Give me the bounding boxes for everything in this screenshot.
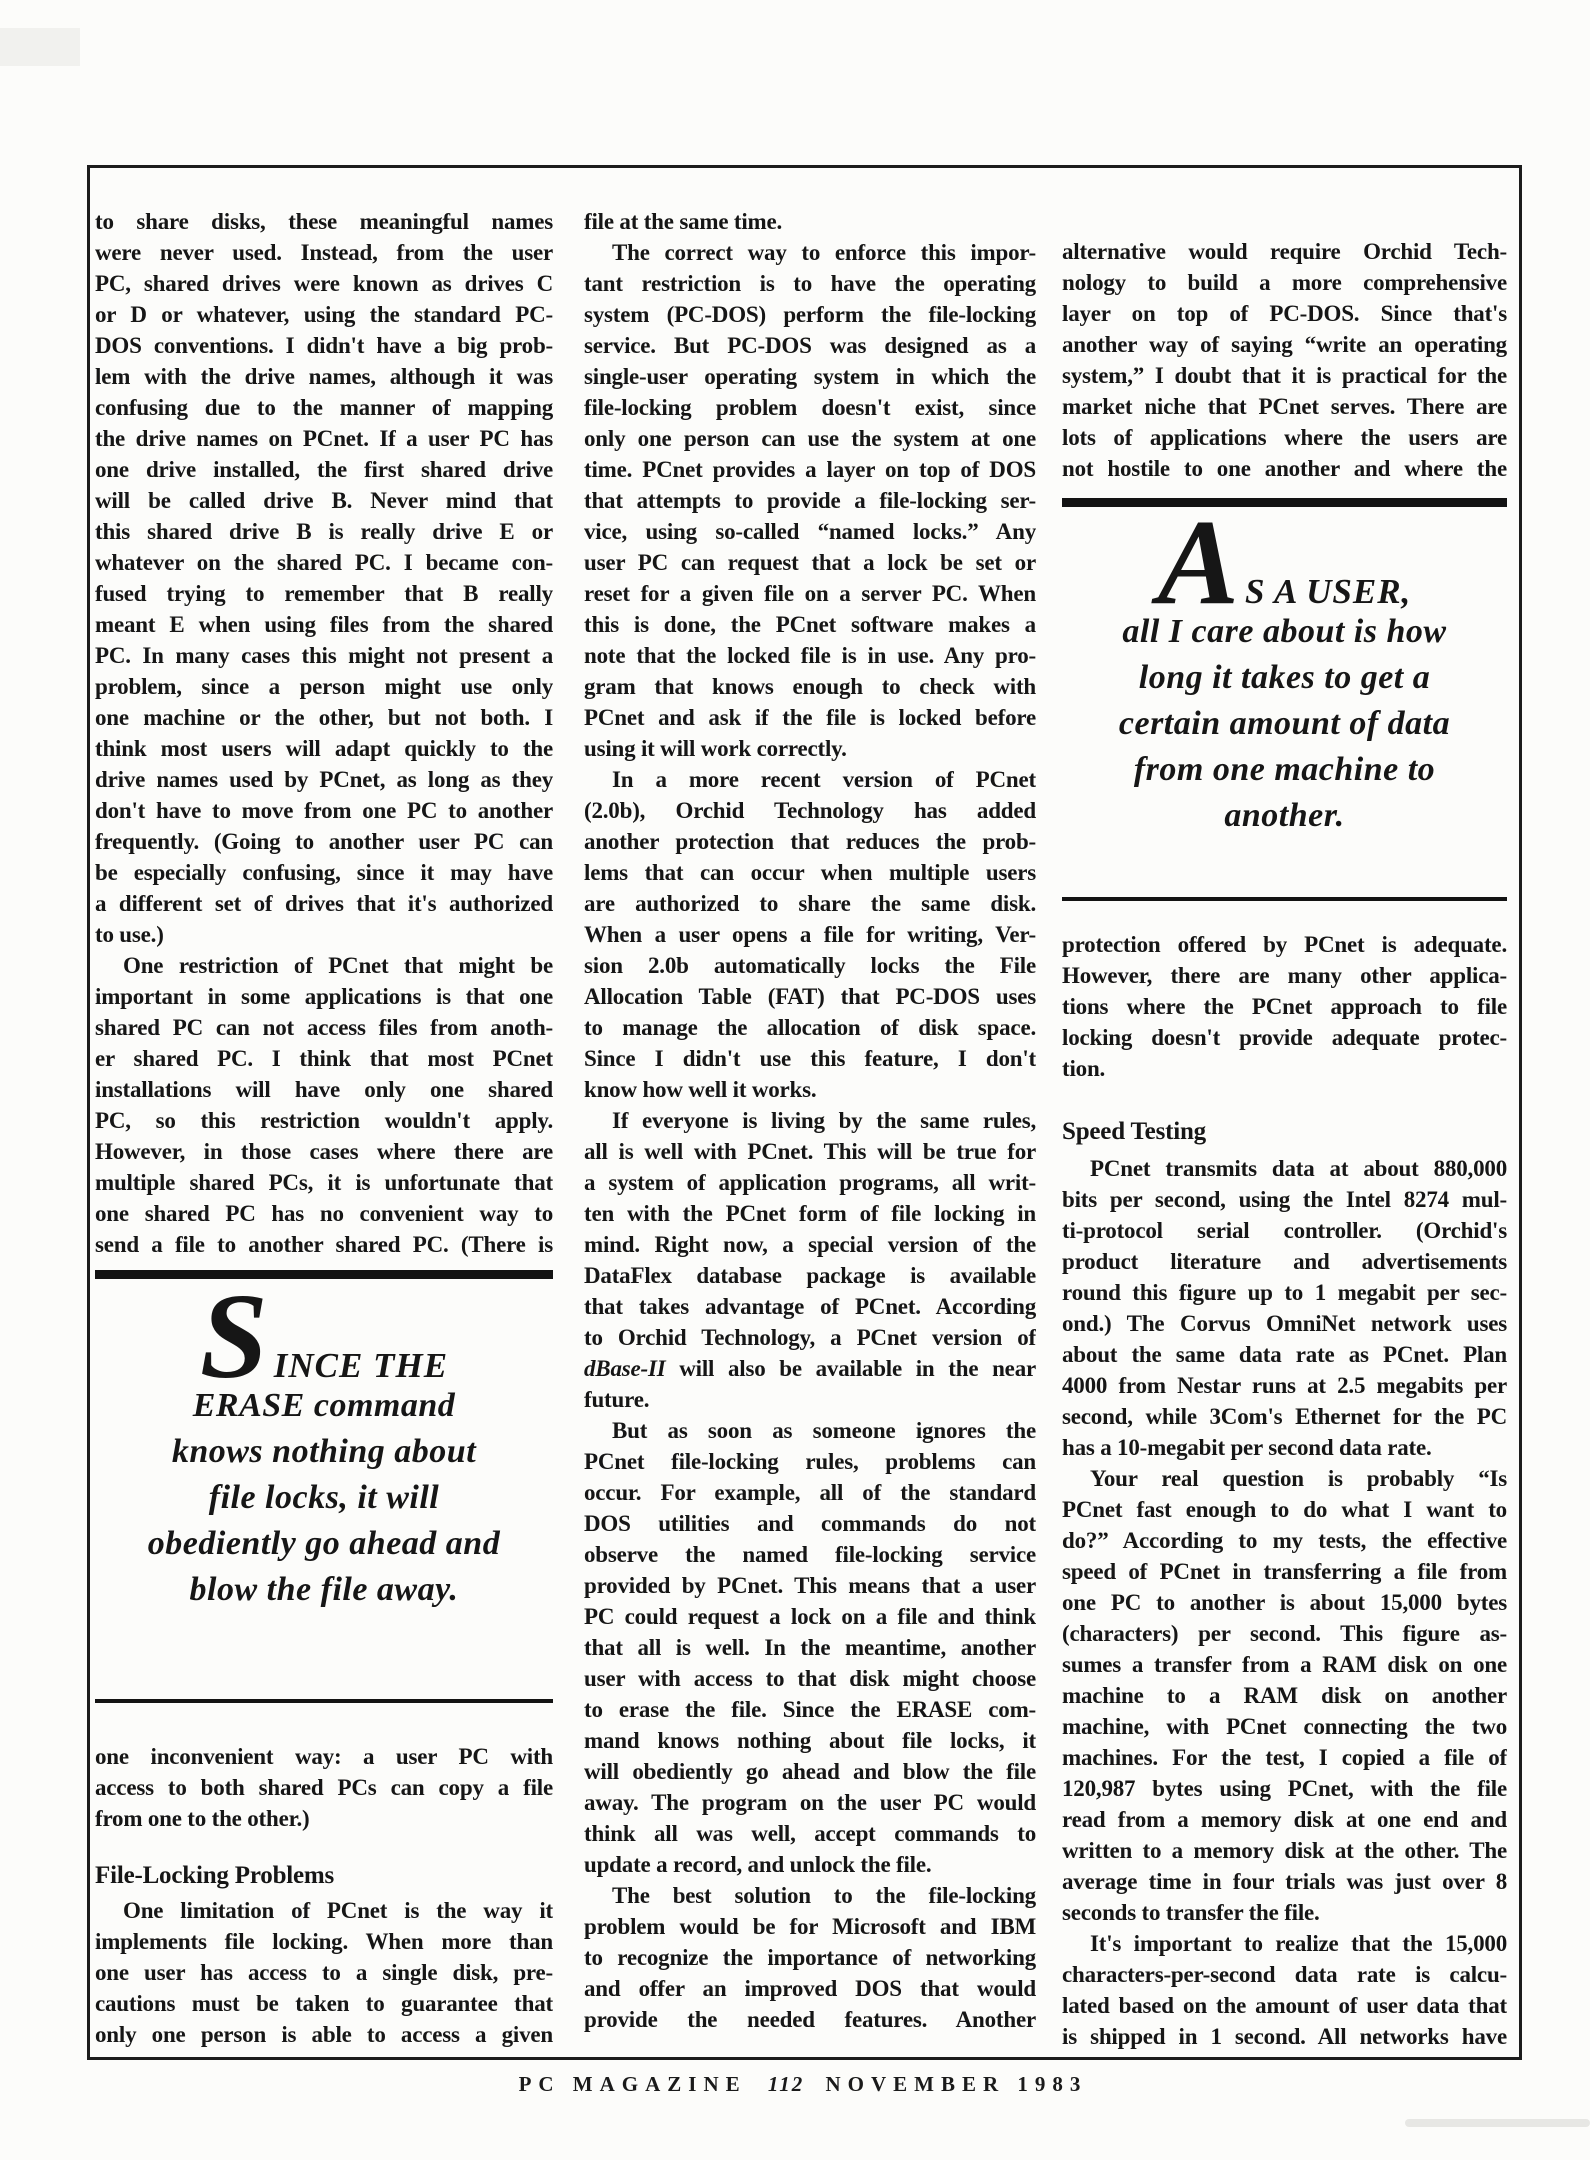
text-line: send a file to another shared PC. (There…	[95, 1229, 553, 1260]
text-line: vice, using so-called “named locks.” Any	[584, 516, 1036, 547]
text-line: know how well it works.	[584, 1074, 1036, 1105]
text-line: Your real question is probably “Is	[1062, 1463, 1507, 1494]
text-line: If everyone is living by the same rules,	[584, 1105, 1036, 1136]
paragraph: one inconvenient way: a user PC withacce…	[95, 1741, 553, 1834]
text-line: However, there are many other applica-	[1062, 960, 1507, 991]
text-line: to erase the file. Since the ERASE com-	[584, 1694, 1036, 1725]
text-line: PCnet file-locking rules, problems can	[584, 1446, 1036, 1477]
text-line: written to a memory disk at the other. T…	[1062, 1835, 1507, 1866]
text-line: tions where the PCnet approach to file	[1062, 991, 1507, 1022]
text-line: multiple shared PCs, it is unfortunate t…	[95, 1167, 553, 1198]
text-line: that attempts to provide a file-locking …	[584, 485, 1036, 516]
text-line: second, while 3Com's Ethernet for the PC	[1062, 1401, 1507, 1432]
text-line: tant restriction is to have the operatin…	[584, 268, 1036, 299]
text-line: will be called drive B. Never mind that	[95, 485, 553, 516]
section-heading: File-Locking Problems	[95, 1860, 553, 1891]
drop-cap: S	[200, 1293, 268, 1381]
text-line: round this figure up to 1 megabit per se…	[1062, 1277, 1507, 1308]
text-line: do?” According to my tests, the effectiv…	[1062, 1525, 1507, 1556]
text-line: read from a memory disk at one end and	[1062, 1804, 1507, 1835]
text-line: DOS conventions. I didn't have a big pro…	[95, 330, 553, 361]
text-line: frequently. (Going to another user PC ca…	[95, 826, 553, 857]
text-line: PCnet and ask if the file is locked befo…	[584, 702, 1036, 733]
paragraph: The correct way to enforce this impor-ta…	[584, 237, 1036, 764]
pull-quote-line: obediently go ahead and	[95, 1521, 553, 1567]
text-line: PC. In many cases this might not present…	[95, 640, 553, 671]
text-line: are authorized to share the same disk.	[584, 888, 1036, 919]
text-line: er shared PC. I think that most PCnet	[95, 1043, 553, 1074]
text-line: gram that knows enough to check with	[584, 671, 1036, 702]
text-line: using it will work correctly.	[584, 733, 1036, 764]
text-line: a system of application programs, all wr…	[584, 1167, 1036, 1198]
pull-quote-line: all I care about is how	[1062, 609, 1507, 655]
text-line: only one person can use the system at on…	[584, 423, 1036, 454]
separator-rule	[95, 1270, 553, 1279]
text-line: from one to the other.)	[95, 1803, 553, 1834]
text-line: think all was well, accept commands to	[584, 1818, 1036, 1849]
pull-quote-line: blow the file away.	[95, 1567, 553, 1613]
paragraph: file at the same time.	[584, 206, 1036, 237]
text-line: But as soon as someone ignores the	[584, 1415, 1036, 1446]
text-line: drive names used by PCnet, as long as th…	[95, 764, 553, 795]
text-line: characters-per-second data rate is calcu…	[1062, 1959, 1507, 1990]
text-line: (characters) per second. This figure as-	[1062, 1618, 1507, 1649]
text-line: DataFlex database package is available	[584, 1260, 1036, 1291]
text-line: problem would be for Microsoft and IBM	[584, 1911, 1036, 1942]
text-line: 120,987 bytes using PCnet, with the file	[1062, 1773, 1507, 1804]
pull-quote: AS A USER,all I care about is howlong it…	[1062, 519, 1507, 839]
column-left: to share disks, these meaningful nameswe…	[95, 206, 553, 2050]
text-line: all is well with PCnet. This will be tru…	[584, 1136, 1036, 1167]
text-line: think most users will adapt quickly to t…	[95, 733, 553, 764]
text-line: update a record, and unlock the file.	[584, 1849, 1036, 1880]
text-line: system,” I doubt that it is practical fo…	[1062, 360, 1507, 391]
text-line: nology to build a more comprehensive	[1062, 267, 1507, 298]
text-line: However, in those cases where there are	[95, 1136, 553, 1167]
text-line: 4000 from Nestar runs at 2.5 megabits pe…	[1062, 1370, 1507, 1401]
text-line: locking doesn't provide adequate protec-	[1062, 1022, 1507, 1053]
text-line: and offer an improved DOS that would	[584, 1973, 1036, 2004]
footer-issue-date: NOVEMBER 1983	[826, 2072, 1088, 2096]
text-line: machine to a RAM disk on another	[1062, 1680, 1507, 1711]
paragraph: The best solution to the file-lockingpro…	[584, 1880, 1036, 2035]
text-line: layer on top of PC-DOS. Since that's	[1062, 298, 1507, 329]
text-line: mind. Right now, a special version of th…	[584, 1229, 1036, 1260]
text-line: about the same data rate as PCnet. Plan	[1062, 1339, 1507, 1370]
text-line: average time in four trials was just ove…	[1062, 1866, 1507, 1897]
text-line: cautions must be taken to guarantee that	[95, 1988, 553, 2019]
text-line: be especially confusing, since it may ha…	[95, 857, 553, 888]
text-line: PCnet transmits data at about 880,000	[1062, 1153, 1507, 1184]
text-line: provided by PCnet. This means that a use…	[584, 1570, 1036, 1601]
magazine-page-scan: { "colors": { "ink": "#161616", "paper":…	[0, 0, 1590, 2160]
text-line: mand knows nothing about file locks, it	[584, 1725, 1036, 1756]
text-line: shared PC can not access files from anot…	[95, 1012, 553, 1043]
text-line: not hostile to one another and where the	[1062, 453, 1507, 484]
text-line: PC, so this restriction wouldn't apply.	[95, 1105, 553, 1136]
paragraph: If everyone is living by the same rules,…	[584, 1105, 1036, 1415]
paragraph: PCnet transmits data at about 880,000bit…	[1062, 1153, 1507, 1463]
text-line: dBase-II will also be available in the n…	[584, 1353, 1036, 1384]
text-line: In a more recent version of PCnet	[584, 764, 1036, 795]
section-heading: Speed Testing	[1062, 1116, 1507, 1147]
separator-rule	[1062, 897, 1507, 901]
paragraph: alternative would require Orchid Tech-no…	[1062, 236, 1507, 484]
text-line: important in some applications is that o…	[95, 981, 553, 1012]
text-line: away. The program on the user PC would	[584, 1787, 1036, 1818]
text-line: has a 10-megabit per second data rate.	[1062, 1432, 1507, 1463]
text-line: another protection that reduces the prob…	[584, 826, 1036, 857]
paragraph: to share disks, these meaningful nameswe…	[95, 206, 553, 950]
text-line: is shipped in 1 second. All networks hav…	[1062, 2021, 1507, 2052]
text-line: one PC to another is about 15,000 bytes	[1062, 1587, 1507, 1618]
text-line: one drive installed, the first shared dr…	[95, 454, 553, 485]
text-line: PC could request a lock on a file and th…	[584, 1601, 1036, 1632]
footer-page-number: 112	[768, 2072, 804, 2096]
paragraph: In a more recent version of PCnet(2.0b),…	[584, 764, 1036, 1105]
text-line: will obediently go ahead and blow the fi…	[584, 1756, 1036, 1787]
text-line: product literature and advertisements	[1062, 1246, 1507, 1277]
pull-quote-line: certain amount of data	[1062, 701, 1507, 747]
text-line: When a user opens a file for writing, Ve…	[584, 919, 1036, 950]
text-line: system (PC-DOS) perform the file-locking	[584, 299, 1036, 330]
text-line: One restriction of PCnet that might be	[95, 950, 553, 981]
text-line: one user has access to a single disk, pr…	[95, 1957, 553, 1988]
text-line: user PC can request that a lock be set o…	[584, 547, 1036, 578]
text-line: sumes a transfer from a RAM disk on one	[1062, 1649, 1507, 1680]
separator-rule	[95, 1699, 553, 1703]
pull-quote-first-line: AS A USER,	[1062, 519, 1507, 609]
text-line: this shared drive B is really drive E or	[95, 516, 553, 547]
text-line: time. PCnet provides a layer on top of D…	[584, 454, 1036, 485]
pull-quote-first-line: SINCE THE	[95, 1293, 553, 1383]
text-line: to recognize the importance of networkin…	[584, 1942, 1036, 1973]
text-line: It's important to realize that the 15,00…	[1062, 1928, 1507, 1959]
column-middle: file at the same time.The correct way to…	[584, 206, 1036, 2035]
text-line: to Orchid Technology, a PCnet version of	[584, 1322, 1036, 1353]
text-line: PC, shared drives were known as drives C	[95, 268, 553, 299]
text-line: file-locking problem doesn't exist, sinc…	[584, 392, 1036, 423]
text-line: lots of applications where the users are	[1062, 422, 1507, 453]
text-line: implements file locking. When more than	[95, 1926, 553, 1957]
text-line: to manage the allocation of disk space.	[584, 1012, 1036, 1043]
text-line: problem, since a person might use only	[95, 671, 553, 702]
text-line: alternative would require Orchid Tech-	[1062, 236, 1507, 267]
text-line: Allocation Table (FAT) that PC-DOS uses	[584, 981, 1036, 1012]
text-line: installations will have only one shared	[95, 1074, 553, 1105]
scan-artifact-streak	[1405, 2119, 1590, 2127]
text-line: Since I didn't use this feature, I don't	[584, 1043, 1036, 1074]
text-line: lems that can occur when multiple users	[584, 857, 1036, 888]
text-line: observe the named file-locking service	[584, 1539, 1036, 1570]
text-line: confusing due to the manner of mapping	[95, 392, 553, 423]
paragraph: One limitation of PCnet is the way itimp…	[95, 1895, 553, 2050]
pull-quote-text: S A USER,	[1245, 574, 1411, 609]
text-line: The best solution to the file-locking	[584, 1880, 1036, 1911]
text-line: that takes advantage of PCnet. According	[584, 1291, 1036, 1322]
pull-quote-line: long it takes to get a	[1062, 655, 1507, 701]
footer-magazine-name: PC MAGAZINE	[519, 2072, 747, 2096]
separator-rule	[1062, 498, 1507, 507]
text-line: file at the same time.	[584, 206, 1036, 237]
paragraph: But as soon as someone ignores thePCnet …	[584, 1415, 1036, 1880]
text-line: ten with the PCnet form of file locking …	[584, 1198, 1036, 1229]
text-line: only one person is able to access a give…	[95, 2019, 553, 2050]
paragraph: It's important to realize that the 15,00…	[1062, 1928, 1507, 2052]
text-line: DOS utilities and commands do not	[584, 1508, 1036, 1539]
text-line: another way of saying “write an operatin…	[1062, 329, 1507, 360]
text-line: note that the locked file is in use. Any…	[584, 640, 1036, 671]
column-right: alternative would require Orchid Tech-no…	[1062, 218, 1507, 2052]
text-line: don't have to move from one PC to anothe…	[95, 795, 553, 826]
text-line: The correct way to enforce this impor-	[584, 237, 1036, 268]
text-line: the drive names on PCnet. If a user PC h…	[95, 423, 553, 454]
text-line: were never used. Instead, from the user	[95, 237, 553, 268]
text-line: lem with the drive names, although it wa…	[95, 361, 553, 392]
paragraph: Your real question is probably “IsPCnet …	[1062, 1463, 1507, 1928]
text-line: to use.)	[95, 919, 553, 950]
page-footer: PC MAGAZINE 112 NOVEMBER 1983	[87, 2072, 1519, 2097]
text-line: user with access to that disk might choo…	[584, 1663, 1036, 1694]
text-line: whatever on the shared PC. I became con-	[95, 547, 553, 578]
text-line: access to both shared PCs can copy a fil…	[95, 1772, 553, 1803]
text-line: fused trying to remember that B really	[95, 578, 553, 609]
text-line: protection offered by PCnet is adequate.	[1062, 929, 1507, 960]
text-line: service. But PC-DOS was designed as a	[584, 330, 1036, 361]
text-line: one inconvenient way: a user PC with	[95, 1741, 553, 1772]
text-line: to share disks, these meaningful names	[95, 206, 553, 237]
text-line: reset for a given file on a server PC. W…	[584, 578, 1036, 609]
text-line: this is done, the PCnet software makes a	[584, 609, 1036, 640]
text-line: lated based on the amount of user data t…	[1062, 1990, 1507, 2021]
text-line: machines. For the test, I copied a file …	[1062, 1742, 1507, 1773]
text-line: occur. For example, all of the standard	[584, 1477, 1036, 1508]
text-line: seconds to transfer the file.	[1062, 1897, 1507, 1928]
text-line: market niche that PCnet serves. There ar…	[1062, 391, 1507, 422]
text-line: ti-protocol serial controller. (Orchid's	[1062, 1215, 1507, 1246]
text-line: machine, with PCnet connecting the two	[1062, 1711, 1507, 1742]
text-line: One limitation of PCnet is the way it	[95, 1895, 553, 1926]
text-line: (2.0b), Orchid Technology has added	[584, 795, 1036, 826]
text-line: speed of PCnet in transferring a file fr…	[1062, 1556, 1507, 1587]
text-line: one shared PC has no convenient way to	[95, 1198, 553, 1229]
drop-cap: A	[1158, 519, 1239, 607]
text-line: single-user operating system in which th…	[584, 361, 1036, 392]
pull-quote-line: ERASE command	[95, 1383, 553, 1429]
paragraph: protection offered by PCnet is adequate.…	[1062, 929, 1507, 1084]
pull-quote-line: from one machine to	[1062, 747, 1507, 793]
text-line: ond.) The Corvus OmniNet network uses	[1062, 1308, 1507, 1339]
pull-quote-line: another.	[1062, 793, 1507, 839]
text-line: PCnet fast enough to do what I want to	[1062, 1494, 1507, 1525]
text-line: one machine or the other, but not both. …	[95, 702, 553, 733]
pull-quote-text: INCE THE	[274, 1348, 448, 1383]
text-line: sion 2.0b automatically locks the File	[584, 950, 1036, 981]
text-line: that all is well. In the meantime, anoth…	[584, 1632, 1036, 1663]
scan-artifact-corner	[0, 28, 80, 66]
pull-quote: SINCE THEERASE commandknows nothing abou…	[95, 1293, 553, 1613]
pull-quote-line: knows nothing about	[95, 1429, 553, 1475]
text-line: meant E when using files from the shared	[95, 609, 553, 640]
text-line: provide the needed features. Another	[584, 2004, 1036, 2035]
text-line: or D or whatever, using the standard PC-	[95, 299, 553, 330]
text-line: a different set of drives that it's auth…	[95, 888, 553, 919]
pull-quote-line: file locks, it will	[95, 1475, 553, 1521]
paragraph: One restriction of PCnet that might beim…	[95, 950, 553, 1260]
text-line: bits per second, using the Intel 8274 mu…	[1062, 1184, 1507, 1215]
text-line: tion.	[1062, 1053, 1507, 1084]
text-line: future.	[584, 1384, 1036, 1415]
